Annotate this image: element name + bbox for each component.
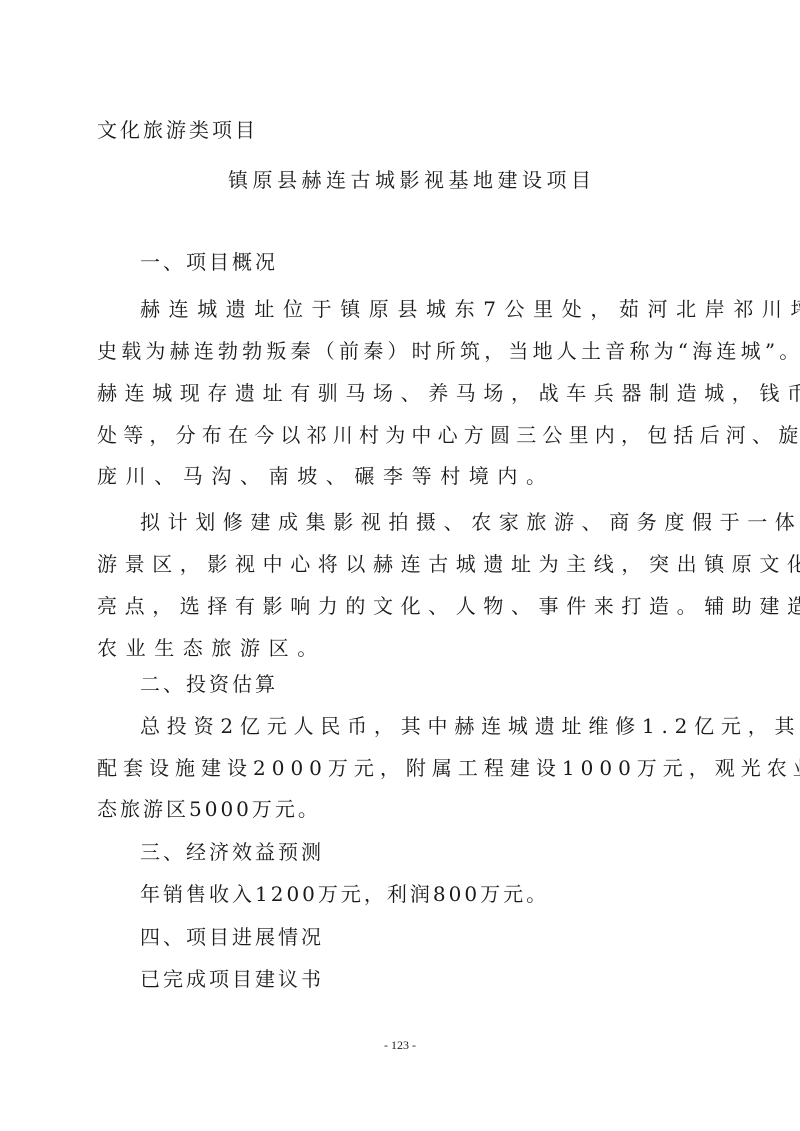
page-number: - 123 - bbox=[0, 1038, 800, 1053]
paragraph-line: 农业生态旅游区。 bbox=[97, 636, 719, 660]
section-heading-investment: 二、投资估算 bbox=[140, 672, 762, 696]
project-title: 镇原县赫连古城影视基地建设项目 bbox=[228, 168, 800, 192]
section-heading-overview: 一、项目概况 bbox=[140, 250, 762, 274]
paragraph-line: 已完成项目建议书 bbox=[140, 967, 762, 991]
paragraph-line: 亮点，选择有影响力的文化、人物、事件来打造。辅助建造观光 bbox=[97, 594, 719, 618]
document-page: 文化旅游类项目 镇原县赫连古城影视基地建设项目 一、项目概况 赫连城遗址位于镇原… bbox=[0, 0, 800, 1131]
section-heading-progress: 四、项目进展情况 bbox=[140, 925, 762, 949]
section-heading-economic-benefit: 三、经济效益预测 bbox=[140, 840, 762, 864]
paragraph-line: 处等，分布在今以祁川村为中心方圆三公里内，包括后河、旋老、 bbox=[97, 423, 719, 447]
paragraph-line: 史载为赫连勃勃叛秦（前秦）时所筑，当地人土音称为“海连城”。 bbox=[97, 339, 719, 363]
paragraph-line: 赫连城现存遗址有驯马场、养马场，战车兵器制造城，钱币铸造 bbox=[97, 381, 719, 405]
paragraph-line: 拟计划修建成集影视拍摄、农家旅游、商务度假于一体的旅 bbox=[140, 510, 762, 534]
paragraph-line: 年销售收入1200万元，利润800万元。 bbox=[140, 882, 762, 906]
paragraph-line: 赫连城遗址位于镇原县城东7公里处，茹河北岸祁川坪，据 bbox=[140, 297, 762, 321]
paragraph-line: 配套设施建设2000万元，附属工程建设1000万元，观光农业生 bbox=[97, 756, 719, 780]
category-label: 文化旅游类项目 bbox=[97, 118, 719, 142]
paragraph-line: 总投资2亿元人民币，其中赫连城遗址维修1.2亿元，其他 bbox=[140, 714, 762, 738]
paragraph-line: 态旅游区5000万元。 bbox=[97, 797, 719, 821]
paragraph-line: 游景区，影视中心将以赫连古城遗址为主线，突出镇原文化发展 bbox=[97, 552, 719, 576]
paragraph-line: 庞川、马沟、南坡、碾李等村境内。 bbox=[97, 464, 719, 488]
